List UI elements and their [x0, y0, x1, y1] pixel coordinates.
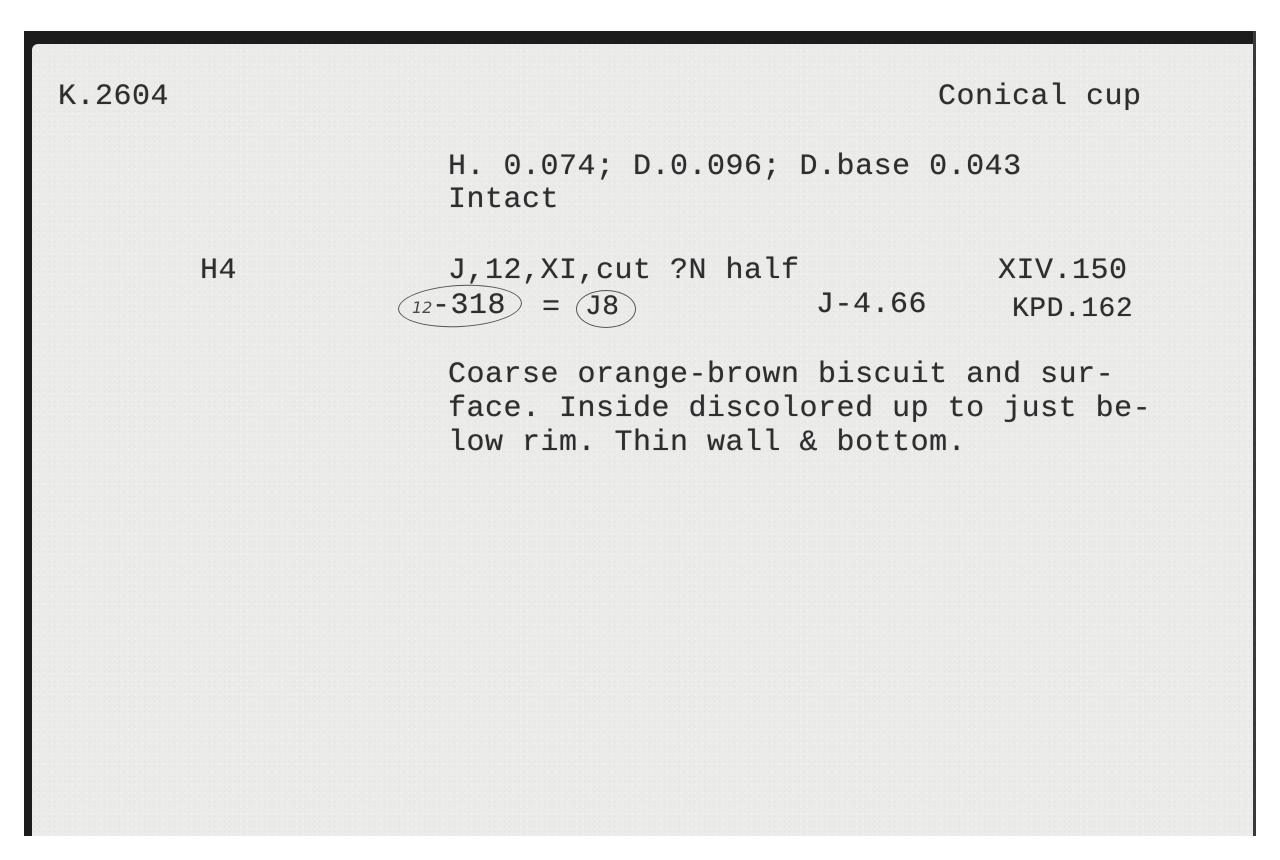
- inventory-reference: XIV.150: [998, 254, 1128, 288]
- grid-reference: H4: [200, 254, 237, 288]
- catalog-number: K.2604: [58, 80, 169, 114]
- description-line-2: face. Inside discolored up to just be-: [448, 392, 1151, 426]
- object-type: Conical cup: [938, 80, 1142, 114]
- findspot: J,12,XI,cut ?N half: [448, 254, 800, 288]
- description-line-3: low rim. Thin wall & bottom.: [448, 426, 966, 460]
- description-line-1: Coarse orange-brown biscuit and sur-: [448, 358, 1114, 392]
- circled-reference: J8: [585, 291, 620, 325]
- condition: Intact: [448, 183, 559, 217]
- publication-reference: KPD.162: [1012, 293, 1133, 327]
- handwritten-number-prefix: 12: [412, 298, 432, 317]
- equals-sign: =: [542, 291, 561, 325]
- handwritten-number: -318: [432, 289, 506, 323]
- photo-reference: J-4.66: [816, 288, 927, 322]
- dimensions: H. 0.074; D.0.096; D.base 0.043: [448, 150, 1022, 184]
- card-edge-shadow: [1253, 31, 1256, 836]
